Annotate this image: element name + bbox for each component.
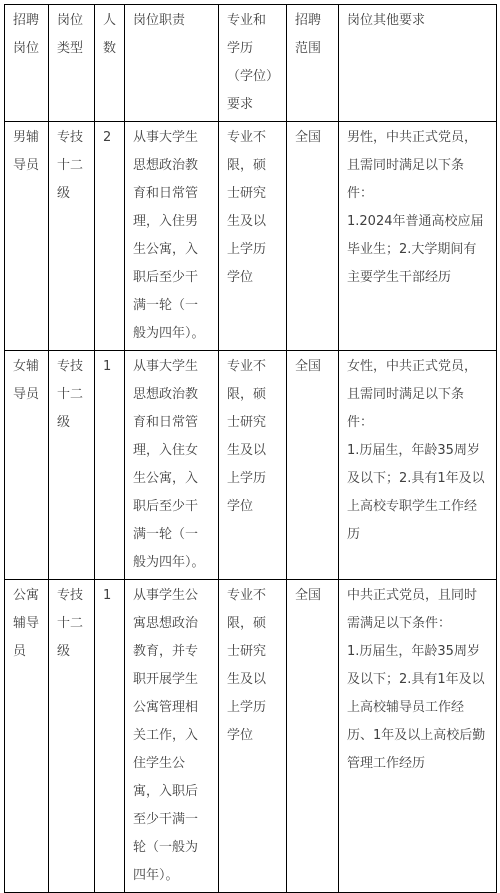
cell-position-type: 专技十二级 xyxy=(49,122,95,351)
header-education-requirement: 专业和学历（学位）要求 xyxy=(219,5,287,122)
cell-other-requirements: 男性，中共正式党员，且需同时满足以下条件： 1.2024年普通高校应届毕业生；2… xyxy=(339,122,497,351)
cell-duties: 从事大学生思想政治教育和日常管理，入住男生公寓，入职后至少干满一轮（一般为四年）… xyxy=(125,122,219,351)
cell-education: 专业不限，硕士研究生及以上学历学位 xyxy=(219,122,287,351)
cell-education: 专业不限，硕士研究生及以上学历学位 xyxy=(219,580,287,893)
cell-duties: 从事学生公寓思想政治教育，并专职开展学生公寓管理相关工作，入住学生公寓，入职后至… xyxy=(125,580,219,893)
header-row: 招聘岗位 岗位类型 人数 岗位职责 专业和学历（学位）要求 招聘范围 岗位其他要… xyxy=(5,5,497,122)
cell-scope: 全国 xyxy=(287,580,339,893)
cell-headcount: 1 xyxy=(95,580,125,893)
header-recruit-scope: 招聘范围 xyxy=(287,5,339,122)
cell-scope: 全国 xyxy=(287,122,339,351)
table-row-female-counselor: 女辅导员 专技十二级 1 从事大学生思想政治教育和日常管理，入住女生公寓，入职后… xyxy=(5,351,497,580)
header-position-type: 岗位类型 xyxy=(49,5,95,122)
cell-position: 男辅导员 xyxy=(5,122,49,351)
header-headcount: 人数 xyxy=(95,5,125,122)
cell-position-type: 专技十二级 xyxy=(49,580,95,893)
header-duties: 岗位职责 xyxy=(125,5,219,122)
recruitment-table: 招聘岗位 岗位类型 人数 岗位职责 专业和学历（学位）要求 招聘范围 岗位其他要… xyxy=(4,4,497,893)
cell-other-requirements: 中共正式党员，且同时需满足以下条件： 1.历届生，年龄35周岁及以下；2.具有1… xyxy=(339,580,497,893)
cell-scope: 全国 xyxy=(287,351,339,580)
cell-duties: 从事大学生思想政治教育和日常管理，入住女生公寓，入职后至少干满一轮（一般为四年）… xyxy=(125,351,219,580)
recruitment-table-container: 招聘岗位 岗位类型 人数 岗位职责 专业和学历（学位）要求 招聘范围 岗位其他要… xyxy=(4,4,497,893)
cell-position: 女辅导员 xyxy=(5,351,49,580)
header-recruit-position: 招聘岗位 xyxy=(5,5,49,122)
cell-position: 公寓辅导员 xyxy=(5,580,49,893)
header-other-requirements: 岗位其他要求 xyxy=(339,5,497,122)
cell-position-type: 专技十二级 xyxy=(49,351,95,580)
table-row-male-counselor: 男辅导员 专技十二级 2 从事大学生思想政治教育和日常管理，入住男生公寓，入职后… xyxy=(5,122,497,351)
cell-headcount: 2 xyxy=(95,122,125,351)
cell-headcount: 1 xyxy=(95,351,125,580)
cell-education: 专业不限，硕士研究生及以上学历学位 xyxy=(219,351,287,580)
cell-other-requirements: 女性，中共正式党员，且需同时满足以下条件： 1.历届生，年龄35周岁及以下；2.… xyxy=(339,351,497,580)
table-row-apartment-counselor: 公寓辅导员 专技十二级 1 从事学生公寓思想政治教育，并专职开展学生公寓管理相关… xyxy=(5,580,497,893)
